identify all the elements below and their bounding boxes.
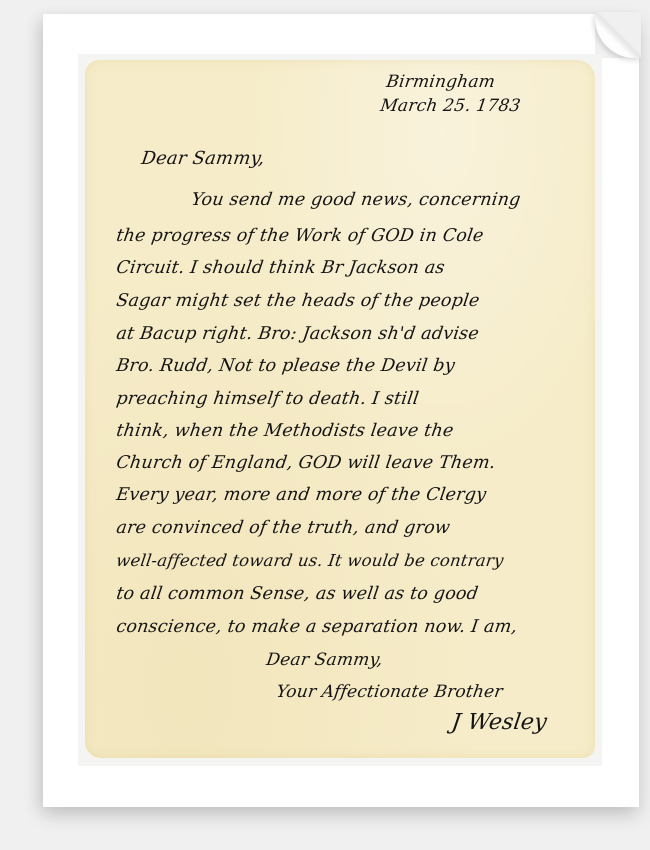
letter-place: Birmingham [385,72,496,92]
letter-line: Bro. Rudd, Not to please the Devil by [115,356,456,376]
letter-line: conscience, to make a separation now. I … [115,617,519,637]
letter-line: at Bacup right. Bro: Jackson sh'd advise [115,324,480,344]
letter-date: March 25. 1783 [379,96,522,116]
letter-line: preaching himself to death. I still [115,389,420,409]
letter-parchment: Birmingham March 25. 1783 Dear Sammy, Yo… [85,60,595,758]
letter-line: to all common Sense, as well as to good [115,584,480,604]
letter-line: Every year, more and more of the Clergy [115,485,488,505]
closing-line: Your Affectionate Brother [275,682,504,702]
letter-line: Sagar might set the heads of the people [115,291,481,311]
letter-line: Circuit. I should think Br Jackson as [115,258,446,278]
signature: J Wesley [450,710,549,735]
letter-salutation: Dear Sammy, [140,148,266,169]
letter-line: the progress of the Work of GOD in Cole [115,226,485,246]
print-card: Birmingham March 25. 1783 Dear Sammy, Yo… [43,14,639,807]
print-mat: Birmingham March 25. 1783 Dear Sammy, Yo… [78,54,602,766]
letter-line: think, when the Methodists leave the [115,421,455,441]
letter-line: Church of England, GOD will leave Them. [115,453,497,473]
letter-line: well-affected toward us. It would be con… [115,551,505,570]
page-curl-corner [595,12,641,58]
closing-salutation: Dear Sammy, [265,650,384,670]
letter-line: are convinced of the truth, and grow [115,518,451,538]
letter-line: You send me good news, concerning [190,190,522,210]
